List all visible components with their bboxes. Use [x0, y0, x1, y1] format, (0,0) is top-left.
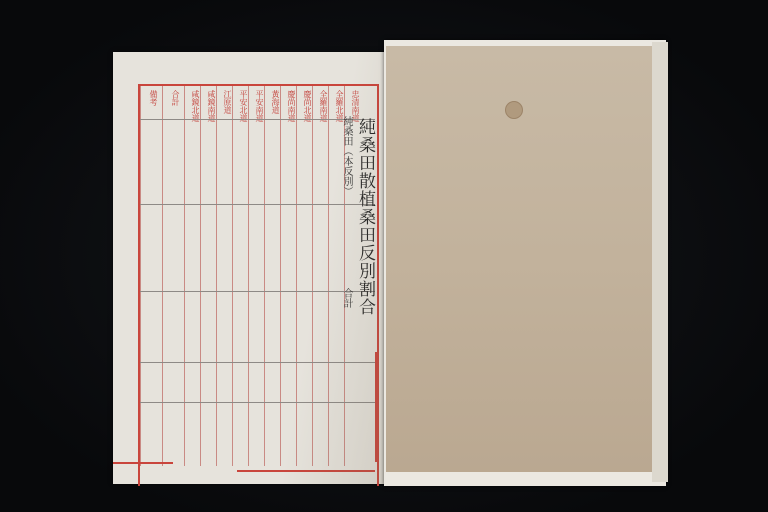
column-divider: [264, 86, 265, 466]
header-gangwon: 江原道: [216, 90, 232, 114]
header-gyeongsangnam: 慶尚南道: [280, 90, 296, 122]
row-label-total: 合計: [339, 288, 354, 308]
column-divider: [184, 86, 185, 466]
binding-hole: [505, 101, 523, 119]
column-divider: [248, 86, 249, 466]
column-divider: [162, 86, 163, 466]
header-total: 合計: [164, 90, 180, 106]
header-pyongannam: 平安南道: [248, 90, 264, 122]
row-divider: [140, 204, 375, 205]
column-divider: [140, 86, 141, 466]
header-hamgyongnam: 咸鏡南道: [200, 90, 216, 122]
column-divider: [216, 86, 217, 466]
header-hwanghae: 黃海道: [264, 90, 280, 114]
column-divider: [200, 86, 201, 466]
red-rule: [237, 470, 375, 472]
row-divider: [140, 402, 375, 403]
header-jeollanam: 全羅南道: [312, 90, 328, 122]
header-gyeongsangbuk: 慶尚北道: [296, 90, 312, 122]
row-divider: [140, 362, 375, 363]
header-hamgyongbuk: 咸鏡北道: [184, 90, 200, 122]
header-pyonganbuk: 平安北道: [232, 90, 248, 122]
page-edge: [652, 42, 668, 482]
document-title: 純桑田散植桑田反別割合: [353, 118, 378, 316]
column-divider: [296, 86, 297, 466]
row-label-pure-mulberry: 純桑田（本反別）: [339, 116, 354, 196]
column-divider: [328, 86, 329, 466]
column-divider: [280, 86, 281, 466]
column-divider: [312, 86, 313, 466]
header-notes: 備考: [142, 90, 158, 106]
red-rule: [113, 462, 173, 464]
red-rule: [375, 352, 377, 462]
left-page: 備考 合計 咸鏡北道 咸鏡南道 江原道 平安北道 平安南道 黃海道 慶尚南道 慶…: [113, 52, 385, 484]
column-divider: [232, 86, 233, 466]
